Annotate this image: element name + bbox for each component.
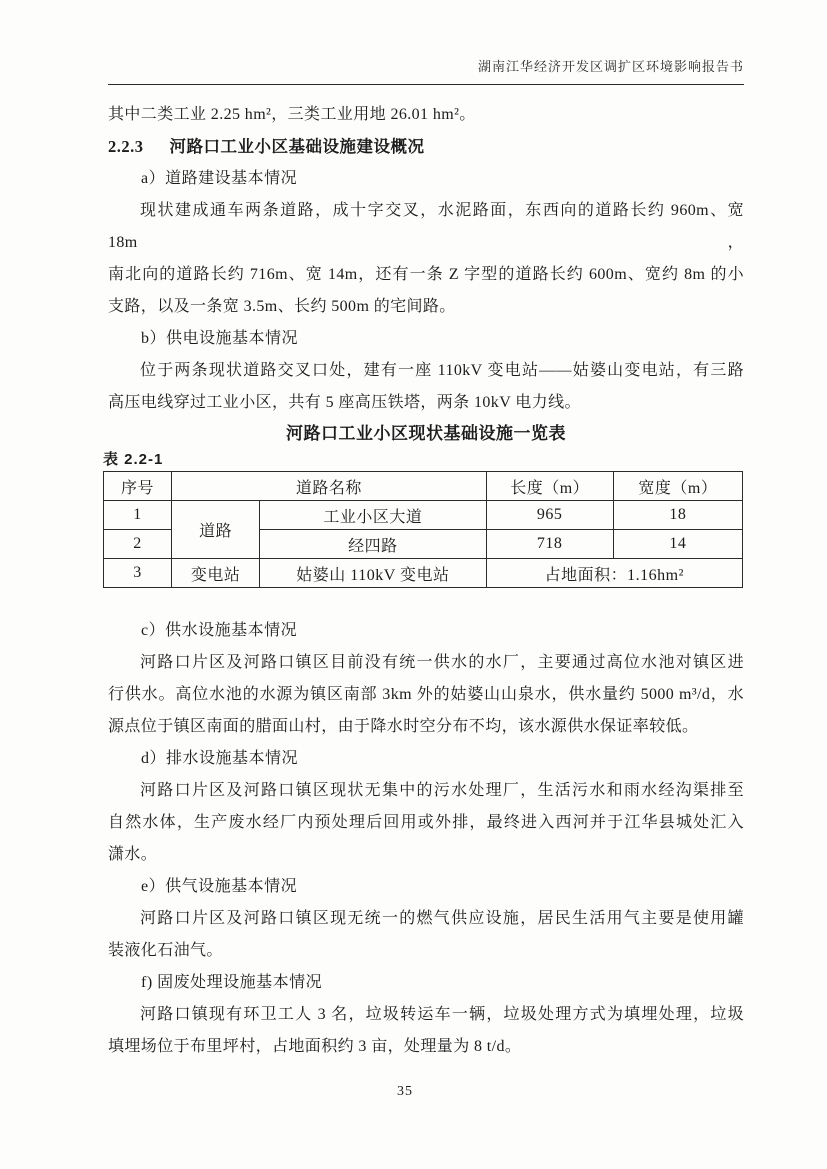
paragraph-a-line-3: 支路，以及一条宽 3.5m、长约 500m 的宅间路。 xyxy=(108,291,744,323)
paragraph-b-line-2: 高压电线穿过工业小区，共有 5 座高压铁塔，两条 10kV 电力线。 xyxy=(108,387,744,419)
infrastructure-table: 序号 道路名称 长度（m） 宽度（m） 1 道路 工业小区大道 965 18 2 xyxy=(103,471,743,588)
paragraph-b-line-1: 位于两条现状道路交叉口处，建有一座 110kV 变电站——姑婆山变电站，有三路 xyxy=(108,355,744,387)
paragraph-e-line-2: 装液化石油气。 xyxy=(108,935,744,967)
cell-row1-name: 工业小区大道 xyxy=(260,501,486,530)
cell-row2-name: 经四路 xyxy=(260,530,486,559)
content-column: 湖南江华经济开发区调扩区环境影响报告书 其中二类工业 2.25 hm²，三类工业… xyxy=(108,0,744,1063)
table-row: 3 变电站 姑婆山 110kV 变电站 占地面积：1.16hm² xyxy=(104,559,743,588)
cell-row2-length: 718 xyxy=(486,530,613,559)
paragraph-f-line-1: 河路口镇现有环卫工人 3 名，垃圾转运车一辆，垃圾处理方式为填埋处理，垃圾 xyxy=(108,999,744,1031)
paragraph-e-line-1: 河路口片区及河路口镇区现无统一的燃气供应设施，居民生活用气主要是使用罐 xyxy=(108,903,744,935)
section-title: 河路口工业小区基础设施建设概况 xyxy=(170,137,425,156)
header-cell-length: 长度（m） xyxy=(486,472,613,501)
subsection-b-label: b）供电设施基本情况 xyxy=(108,323,744,355)
cell-row3-area: 占地面积：1.16hm² xyxy=(486,559,742,588)
paragraph-f-line-2: 填埋场位于布里坪村，占地面积约 3 亩，处理量为 8 t/d。 xyxy=(108,1031,744,1063)
subsection-e-label: e）供气设施基本情况 xyxy=(108,871,744,903)
section-number: 2.2.3 xyxy=(108,137,144,156)
subsection-a-label: a）道路建设基本情况 xyxy=(108,163,744,195)
subsection-c-label: c）供水设施基本情况 xyxy=(108,615,744,647)
paragraph-d-line-2: 自然水体，生产废水经厂内预处理后回用或外排，最终进入西河并于江华县城处汇入 xyxy=(108,807,744,839)
cell-row1-length: 965 xyxy=(486,501,613,530)
document-page: 湖南江华经济开发区调扩区环境影响报告书 其中二类工业 2.25 hm²，三类工业… xyxy=(0,0,827,1169)
cell-row2-no: 2 xyxy=(104,530,172,559)
table-row: 1 道路 工业小区大道 965 18 xyxy=(104,501,743,530)
section-heading-2-2-3: 2.2.3河路口工业小区基础设施建设概况 xyxy=(108,131,744,163)
paragraph-c-line-3: 源点位于镇区南面的腊面山村，由于降水时空分布不均，该水源供水保证率较低。 xyxy=(108,711,744,743)
running-header: 湖南江华经济开发区调扩区环境影响报告书 xyxy=(108,0,744,85)
cell-road-category: 道路 xyxy=(172,501,260,559)
paragraph-c-line-1: 河路口片区及河路口镇区目前没有统一供水的水厂，主要通过高位水池对镇区进 xyxy=(108,647,744,679)
paragraph-d-line-3: 潇水。 xyxy=(108,839,744,871)
paragraph-a-line-1: 现状建成通车两条道路，成十字交叉，水泥路面，东西向的道路长约 960m、宽 18… xyxy=(108,195,744,259)
table-header-row: 序号 道路名称 长度（m） 宽度（m） xyxy=(104,472,743,501)
table-title: 河路口工业小区现状基础设施一览表 xyxy=(108,419,744,449)
document-body: 其中二类工业 2.25 hm²，三类工业用地 26.01 hm²。 2.2.3河… xyxy=(108,99,744,1063)
paragraph-c-line-2: 行供水。高位水池的水源为镇区南部 3km 外的姑婆山山泉水，供水量约 5000 … xyxy=(108,679,744,711)
page-number: 35 xyxy=(0,1084,810,1100)
header-cell-width: 宽度（m） xyxy=(613,472,742,501)
cell-row3-no: 3 xyxy=(104,559,172,588)
subsection-f-label: f) 固废处理设施基本情况 xyxy=(108,967,744,999)
header-cell-road-name: 道路名称 xyxy=(172,472,486,501)
cell-row3-category: 变电站 xyxy=(172,559,260,588)
header-cell-no: 序号 xyxy=(104,472,172,501)
running-header-title: 湖南江华经济开发区调扩区环境影响报告书 xyxy=(478,59,744,74)
cell-row3-name: 姑婆山 110kV 变电站 xyxy=(260,559,486,588)
cell-row1-no: 1 xyxy=(104,501,172,530)
intro-paragraph-line: 其中二类工业 2.25 hm²，三类工业用地 26.01 hm²。 xyxy=(108,99,744,131)
paragraph-d-line-1: 河路口片区及河路口镇区现状无集中的污水处理厂，生活污水和雨水经沟渠排至 xyxy=(108,775,744,807)
paragraph-a-line-2: 南北向的道路长约 716m、宽 14m，还有一条 Z 字型的道路长约 600m、… xyxy=(108,259,744,291)
cell-row1-width: 18 xyxy=(613,501,742,530)
subsection-d-label: d）排水设施基本情况 xyxy=(108,743,744,775)
cell-row2-width: 14 xyxy=(613,530,742,559)
table-number-label: 表 2.2-1 xyxy=(103,449,744,471)
